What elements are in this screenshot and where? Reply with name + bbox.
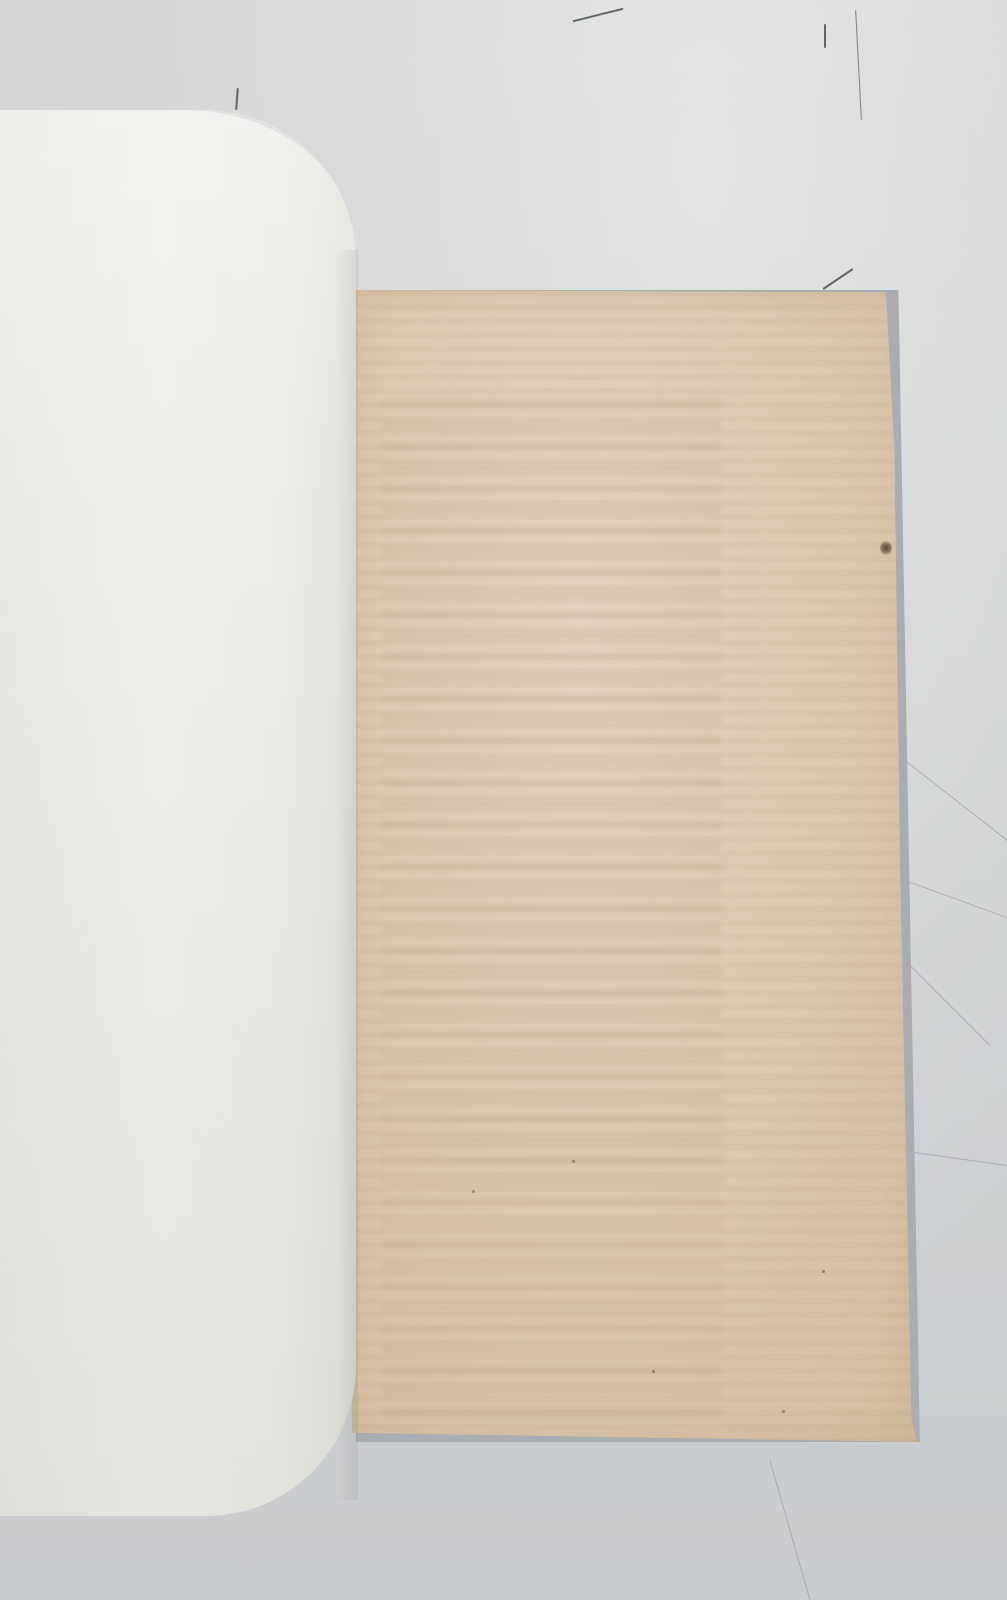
surface-line [770, 1460, 812, 1600]
photo-scene [0, 0, 1007, 1600]
surface-scratch [573, 8, 624, 23]
surface-scratch [235, 88, 239, 110]
surface-line [905, 960, 991, 1046]
surface-line [905, 880, 1007, 925]
paper-speck [782, 1410, 785, 1413]
paper-speck [572, 1160, 575, 1163]
surface-line [905, 760, 1007, 841]
surface-scratch [823, 268, 854, 290]
paper-speck [822, 1270, 825, 1273]
curled-white-page [0, 110, 356, 1516]
page-stain [880, 540, 892, 556]
page-curl-shadow [336, 250, 358, 1500]
surface-scratch [824, 24, 826, 48]
paper-speck [472, 1190, 475, 1193]
surface-scratch [855, 10, 862, 120]
paper-speck [652, 1370, 655, 1373]
aged-blank-page [352, 290, 920, 1442]
surface-line [900, 1150, 1007, 1166]
bleed-through-text [382, 400, 722, 1420]
